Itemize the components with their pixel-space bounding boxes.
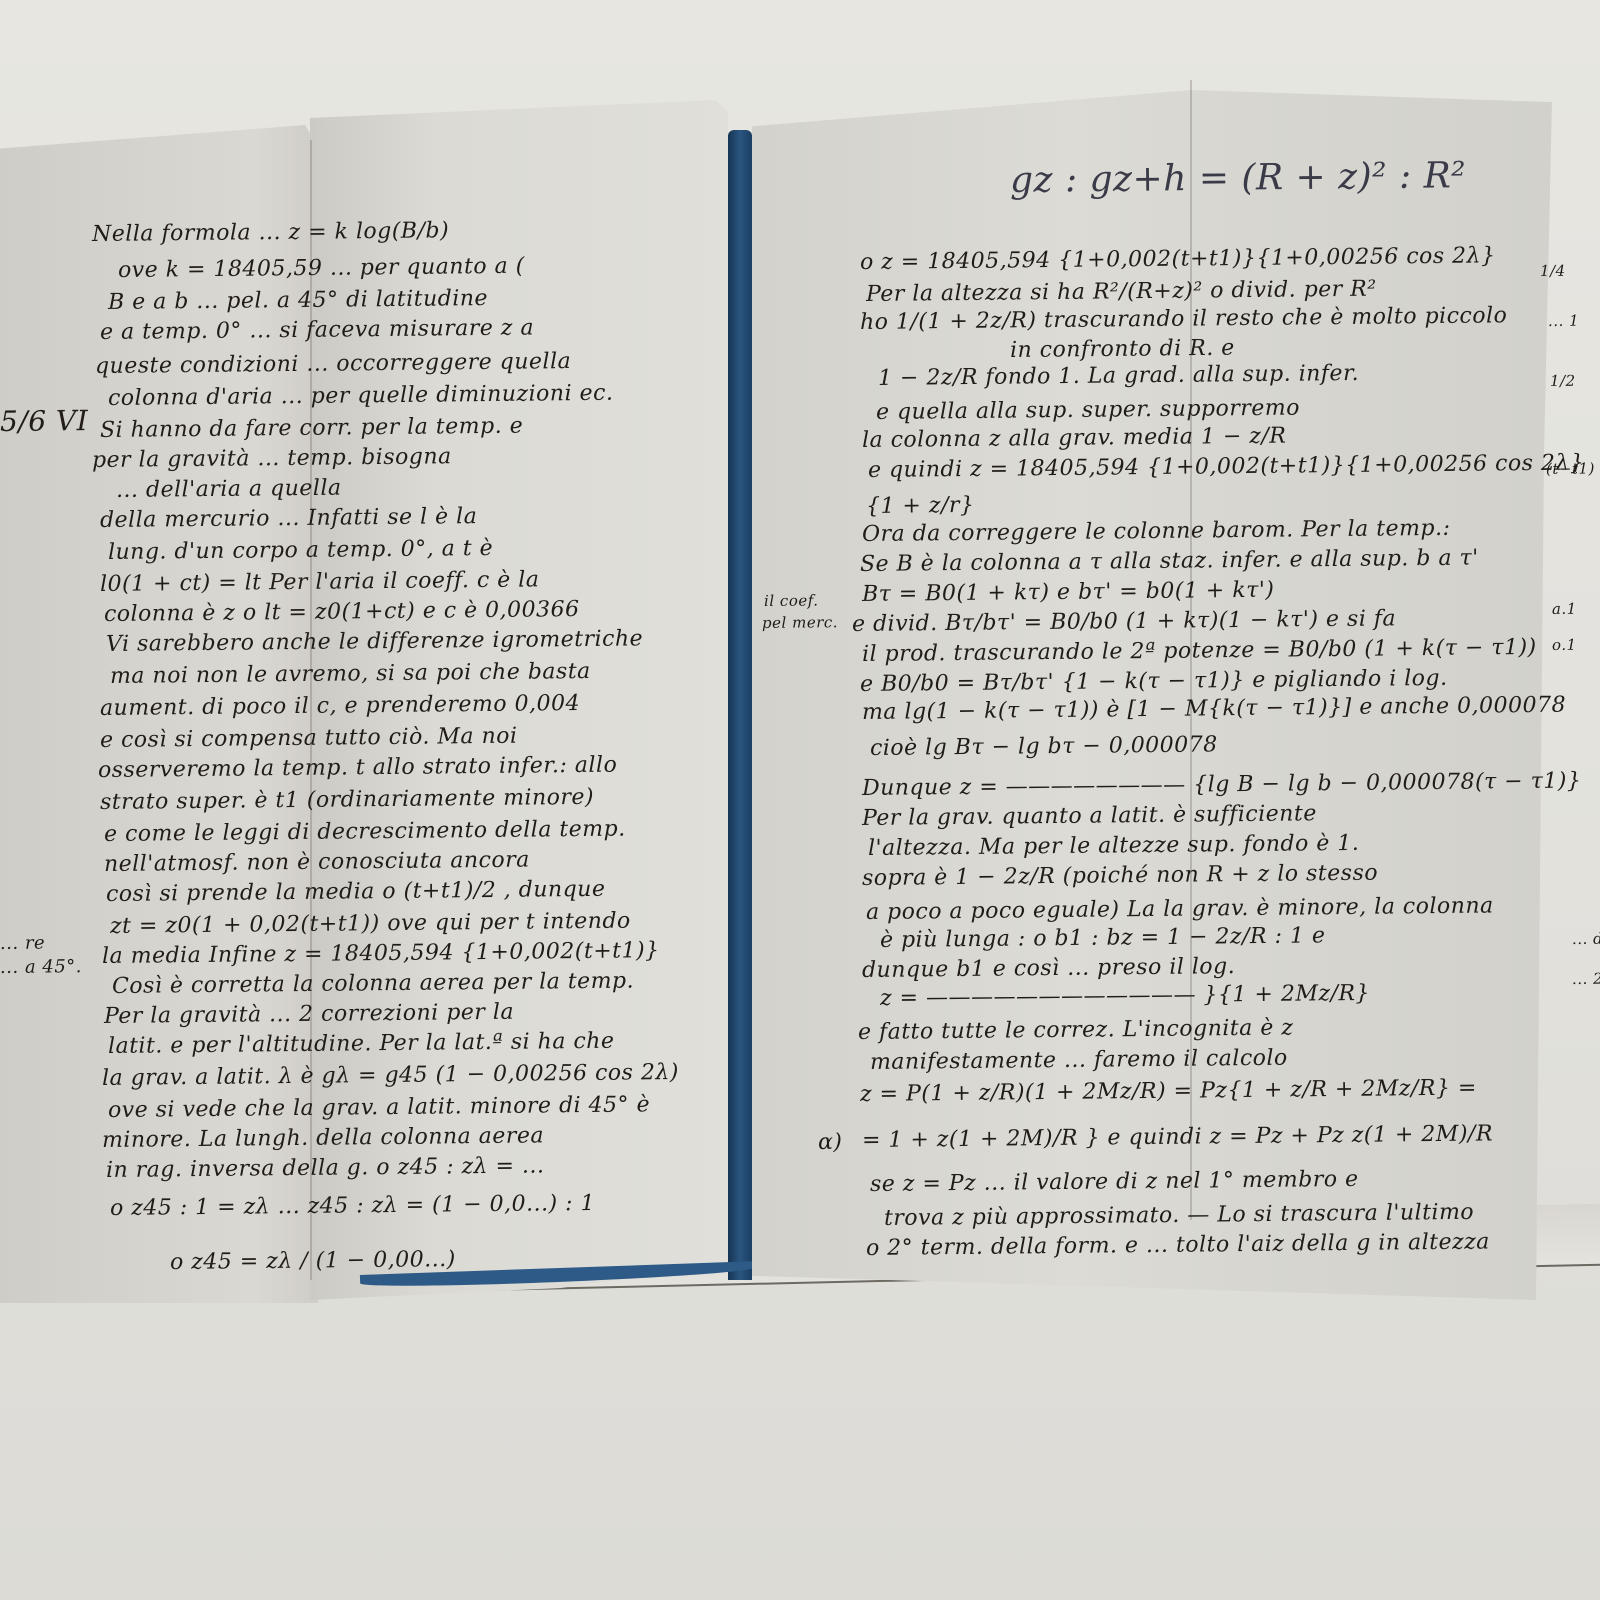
text-line: ma noi non le avremo, si sa poi che bast… <box>110 659 591 689</box>
margin-mark: α) <box>818 1130 843 1155</box>
text-line: ove k = 18405,59 ... per quanto a ( <box>118 254 525 283</box>
edge-note: 1/4 <box>1540 262 1566 280</box>
text-line: nell'atmosf. non è conosciuta ancora <box>104 848 530 877</box>
text-line: in confronto di R. e <box>1010 336 1235 363</box>
text-line: l0(1 + ct) = lt Per l'aria il coeff. c è… <box>100 567 540 597</box>
margin-date-note: 5/6 VI <box>0 404 88 438</box>
text-line: in rag. inversa della g. o z45 : zλ = ..… <box>106 1153 545 1183</box>
notebook-spine <box>728 130 752 1280</box>
text-line: Per la altezza si ha R²/(R+z)² o divid. … <box>866 277 1377 307</box>
text-line: Per la gravità ... 2 correzioni per la <box>104 1000 514 1029</box>
header-formula: gz : gz+h = (R + z)² : R² <box>1010 155 1467 201</box>
text-line: queste condizioni ... occorreggere quell… <box>95 349 571 379</box>
text-line: Per la grav. quanto a latit. è sufficien… <box>862 801 1317 831</box>
text-line: strato super. è t1 (ordinariamente minor… <box>100 785 594 815</box>
text-line: Nella formola ... z = k log(B/b) <box>92 218 449 247</box>
text-line: z = ———————————— }{1 + 2Mz/R} <box>880 981 1370 1011</box>
text-line: 1 − 2z/R fondo 1. La grad. alla sup. inf… <box>878 361 1359 391</box>
text-line: B e a b ... pel. a 45° di latitudine <box>108 286 488 315</box>
text-line: se z = Pz ... il valore di z nel 1° memb… <box>870 1167 1359 1197</box>
edge-note: ... 2/ <box>1572 970 1600 988</box>
edge-note: o.1 <box>1552 636 1577 654</box>
text-line: Bτ = B0(1 + kτ) e bτ' = b0(1 + kτ') <box>862 578 1275 607</box>
text-line: minore. La lungh. della colonna aerea <box>102 1123 544 1153</box>
text-line: colonna d'aria ... per quelle diminuzion… <box>108 381 614 411</box>
text-line: o z45 = zλ / (1 − 0,00...) <box>170 1247 456 1275</box>
text-line: e quella alla sup. super. supporremo <box>876 396 1300 425</box>
text-line: aument. di poco il c, e prenderemo 0,004 <box>100 691 580 721</box>
text-line: lung. d'un corpo a temp. 0°, a t è <box>108 536 493 565</box>
text-line: e fatto tutte le correz. L'incognita è z <box>858 1015 1294 1045</box>
text-line: per la gravità ... temp. bisogna <box>92 444 452 473</box>
margin-note: ... a 45°. <box>0 956 82 978</box>
text-line: latit. e per l'altitudine. Per la lat.ª … <box>108 1029 615 1059</box>
text-line: e a temp. 0° ... si faceva misurare z a <box>100 315 534 345</box>
text-line: ... dell'aria a quella <box>116 476 342 503</box>
text-line: Si hanno da fare corr. per la temp. e <box>100 414 523 443</box>
text-line: e così si compensa tutto ciò. Ma noi <box>100 724 518 753</box>
text-line: della mercurio ... Infatti se l è la <box>100 504 478 533</box>
text-line: cioè lg Bτ − lg bτ − 0,000078 <box>870 732 1218 761</box>
margin-note: ... re <box>0 933 45 954</box>
text-line: l'altezza. Ma per le altezze sup. fondo … <box>868 831 1360 861</box>
edge-note: 1/2 <box>1550 372 1576 390</box>
edge-note: ... d. <box>1572 930 1600 948</box>
text-line: o z45 : 1 = zλ ... z45 : zλ = (1 − 0,0..… <box>110 1191 595 1221</box>
edge-note: a.1 <box>1552 600 1577 618</box>
text-line: {1 + z/r} <box>866 493 975 519</box>
text-line: così si prende la media o (t+t1)/2 , dun… <box>106 877 606 907</box>
edge-note: (t−t1) <box>1546 459 1595 478</box>
edge-note: ... 1 <box>1548 312 1579 330</box>
text-line: colonna è z o lt = z0(1+ct) e c è 0,0036… <box>104 597 580 627</box>
text-line: dunque b1 e così ... preso il log. <box>862 954 1235 983</box>
spine-margin-note: pel merc. <box>762 613 838 632</box>
text-line: è più lunga : o b1 : bz = 1 − 2z/R : 1 e <box>880 923 1326 953</box>
text-line: manifestamente ... faremo il calcolo <box>870 1046 1288 1075</box>
text-line: la colonna z alla grav. media 1 − z/R <box>862 424 1287 453</box>
spine-margin-note: il coef. <box>764 591 819 610</box>
